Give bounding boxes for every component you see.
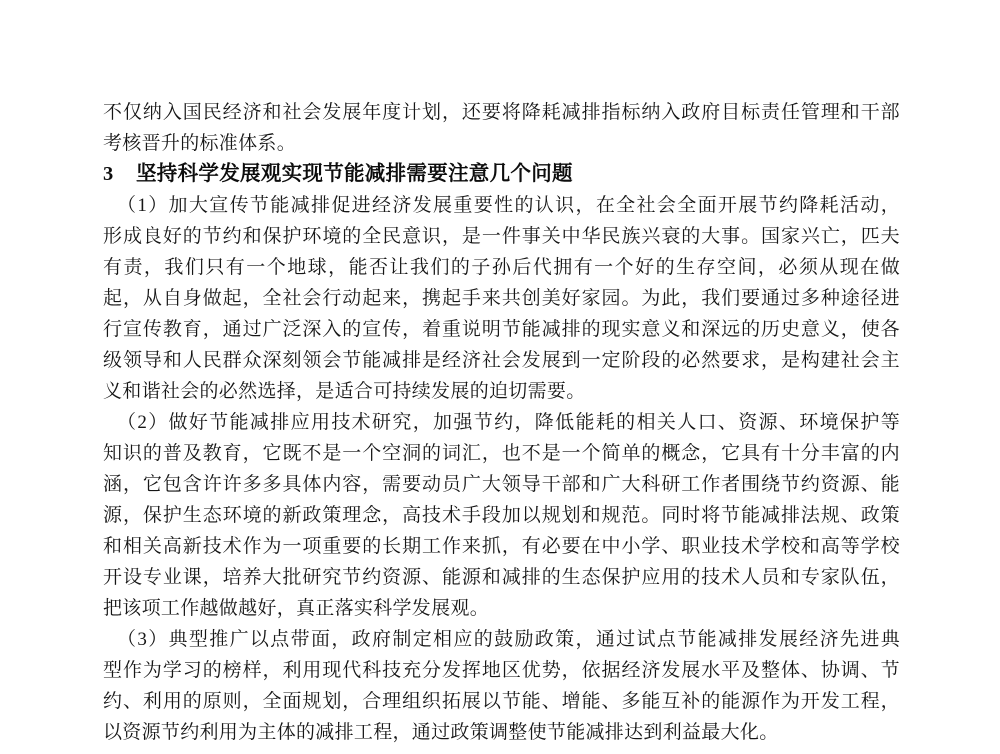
body-line: 考核晋升的标准体系。 (103, 128, 900, 159)
section-number: 3 (103, 159, 114, 190)
body-line: 知识的普及教育，它既不是一个空洞的词汇，也不是一个简单的概念，它具有十分丰富的内 (103, 438, 900, 469)
body-line: 义和谐社会的必然选择，是适合可持续发展的迫切需要。 (103, 376, 900, 407)
body-line: 形成良好的节约和保护环境的全民意识，是一件事关中华民族兴衰的大事。国家兴亡，匹夫 (103, 221, 900, 252)
body-line: 行宣传教育，通过广泛深入的宣传，着重说明节能减排的现实意义和深远的历史意义，使各 (103, 314, 900, 345)
body-line: 开设专业课，培养大批研究节约资源、能源和减排的生态保护应用的技术人员和专家队伍， (103, 562, 900, 593)
body-line: 和相关高新技术作为一项重要的长期工作来抓，有必要在中小学、职业技术学校和高等学校 (103, 531, 900, 562)
body-line: （3）典型推广以点带面，政府制定相应的鼓励政策，通过试点节能减排发展经济先进典 (103, 624, 900, 655)
text-block: 不仅纳入国民经济和社会发展年度计划，还要将降耗减排指标纳入政府目标责任管理和干部… (103, 97, 900, 748)
section-heading: 3 坚持科学发展观实现节能减排需要注意几个问题 (103, 159, 900, 190)
body-line: 把该项工作越做越好，真正落实科学发展观。 (103, 593, 900, 624)
body-line: 起，从自身做起，全社会行动起来，携起手来共创美好家园。为此，我们要通过多种途径进 (103, 283, 900, 314)
body-line: 约、利用的原则，全面规划，合理组织拓展以节能、增能、多能互补的能源作为开发工程， (103, 686, 900, 717)
body-line: 涵，它包含许许多多具体内容，需要动员广大领导干部和广大科研工作者围绕节约资源、能 (103, 469, 900, 500)
body-line: 型作为学习的榜样，利用现代科技充分发挥地区优势，依据经济发展水平及整体、协调、节 (103, 655, 900, 686)
body-line: （2）做好节能减排应用技术研究，加强节约，降低能耗的相关人口、资源、环境保护等 (103, 407, 900, 438)
body-line: 源，保护生态环境的新政策理念，高技术手段加以规划和规范。同时将节能减排法规、政策 (103, 500, 900, 531)
body-line: 有责，我们只有一个地球，能否让我们的子孙后代拥有一个好的生存空间，必须从现在做 (103, 252, 900, 283)
document-page: 不仅纳入国民经济和社会发展年度计划，还要将降耗减排指标纳入政府目标责任管理和干部… (0, 0, 1000, 754)
section-title: 坚持科学发展观实现节能减排需要注意几个问题 (136, 159, 573, 190)
body-line: 不仅纳入国民经济和社会发展年度计划，还要将降耗减排指标纳入政府目标责任管理和干部 (103, 97, 900, 128)
body-line: （1）加大宣传节能减排促进经济发展重要性的认识，在全社会全面开展节约降耗活动， (103, 190, 900, 221)
body-line: 以资源节约利用为主体的减排工程，通过政策调整使节能减排达到利益最大化。 (103, 717, 900, 748)
body-line: 级领导和人民群众深刻领会节能减排是经济社会发展到一定阶段的必然要求，是构建社会主 (103, 345, 900, 376)
